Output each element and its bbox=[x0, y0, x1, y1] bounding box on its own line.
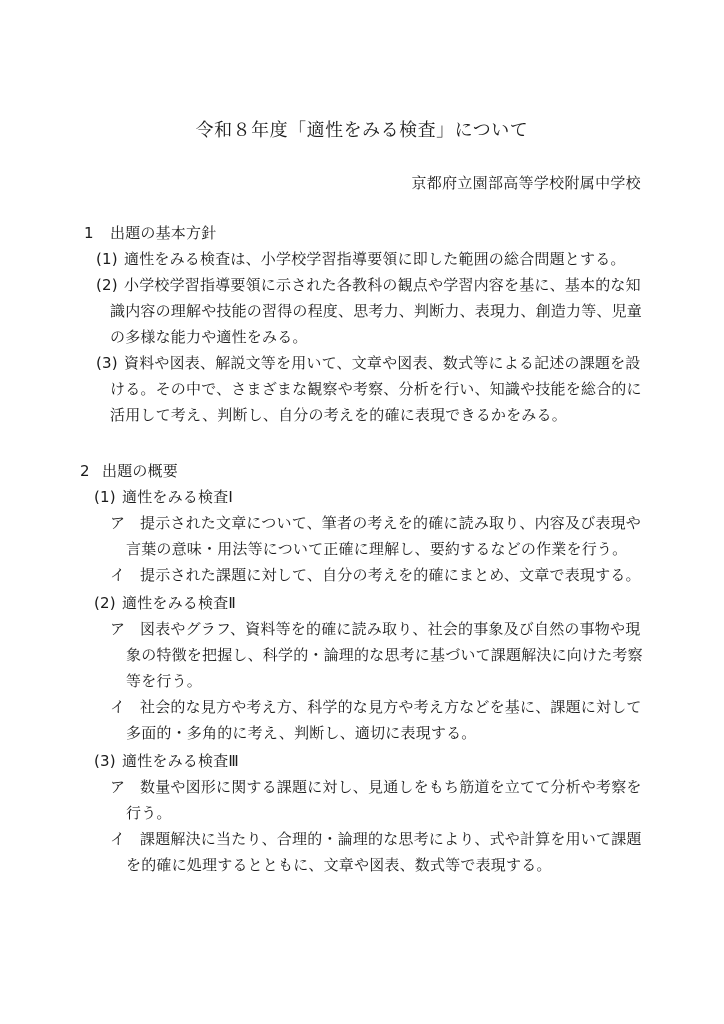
item-marker: イ bbox=[110, 698, 125, 716]
document-title: 令和８年度「適性をみる検査」について bbox=[0, 116, 724, 142]
item-text: 社会的な見方や考え方、科学的な見方や考え方などを基に、課題に対して bbox=[140, 698, 642, 716]
organization-name: 京都府立園部高等学校附属中学校 bbox=[411, 172, 641, 193]
item-marker: (3) bbox=[96, 354, 118, 372]
subsection-marker: (3) bbox=[94, 752, 116, 770]
item-marker: (1) bbox=[96, 250, 118, 268]
item-text: 象の特徴を把握し、科学的・論理的な思考に基づいて課題解決に向けた考察 bbox=[126, 646, 643, 664]
subsection-marker: (2) bbox=[94, 594, 116, 612]
item-text: 識内容の理解や技能の習得の程度、思考力、判断力、表現力、創造力等、児童 bbox=[110, 302, 642, 320]
item-text: 小学校学習指導要領に示された各教科の観点や学習内容を基に、基本的な知 bbox=[124, 276, 641, 294]
item-marker: イ bbox=[110, 830, 125, 848]
item-text: 適性をみる検査は、小学校学習指導要領に即した範囲の総合問題とする。 bbox=[124, 250, 626, 268]
subsection-heading: 適性をみる検査Ⅲ bbox=[122, 752, 239, 770]
item-marker: イ bbox=[110, 566, 125, 584]
subsection-marker: (1) bbox=[94, 488, 116, 506]
section-number: 2 bbox=[80, 462, 90, 480]
item-marker: ア bbox=[110, 620, 125, 638]
item-text: 活用して考え、判断し、自分の考えを的確に表現できるかをみる。 bbox=[110, 406, 567, 424]
item-text: 言葉の意味・用法等について正確に理解し、要約するなどの作業を行う。 bbox=[126, 540, 627, 558]
item-text: 資料や図表、解説文等を用いて、文章や図表、数式等による記述の課題を設 bbox=[124, 354, 641, 372]
item-marker: ア bbox=[110, 778, 125, 796]
item-marker: (2) bbox=[96, 276, 118, 294]
item-text: 提示された文章について、筆者の考えを的確に読み取り、内容及び表現や bbox=[140, 514, 641, 532]
section-number: 1 bbox=[84, 224, 94, 242]
item-text: ける。その中で、さまざまな観察や考察、分析を行い、知識や技能を総合的に bbox=[110, 380, 642, 398]
subsection-heading: 適性をみる検査Ⅰ bbox=[122, 488, 233, 506]
subsection-heading: 適性をみる検査Ⅱ bbox=[122, 594, 236, 612]
section-heading: 出題の概要 bbox=[102, 462, 178, 480]
item-text: 数量や図形に関する課題に対し、見通しをもち筋道を立てて分析や考察を bbox=[140, 778, 642, 796]
item-text: を的確に処理するとともに、文章や図表、数式等で表現する。 bbox=[126, 856, 552, 874]
document-page: 令和８年度「適性をみる検査」について 京都府立園部高等学校附属中学校 1 出題の… bbox=[0, 0, 724, 1024]
section-heading: 出題の基本方針 bbox=[110, 224, 216, 242]
item-text: 行う。 bbox=[126, 804, 172, 822]
item-text: 提示された課題に対して、自分の考えを的確にまとめ、文章で表現する。 bbox=[140, 566, 641, 584]
item-text: の多様な能力や適性をみる。 bbox=[110, 328, 308, 346]
item-text: 課題解決に当たり、合理的・論理的な思考により、式や計算を用いて課題 bbox=[140, 830, 642, 848]
item-marker: ア bbox=[110, 514, 125, 532]
item-text: 図表やグラフ、資料等を的確に読み取り、社会的事象及び自然の事物や現 bbox=[140, 620, 640, 638]
item-text: 多面的・多角的に考え、判断し、適切に表現する。 bbox=[126, 724, 477, 742]
item-text: 等を行う。 bbox=[126, 672, 202, 690]
